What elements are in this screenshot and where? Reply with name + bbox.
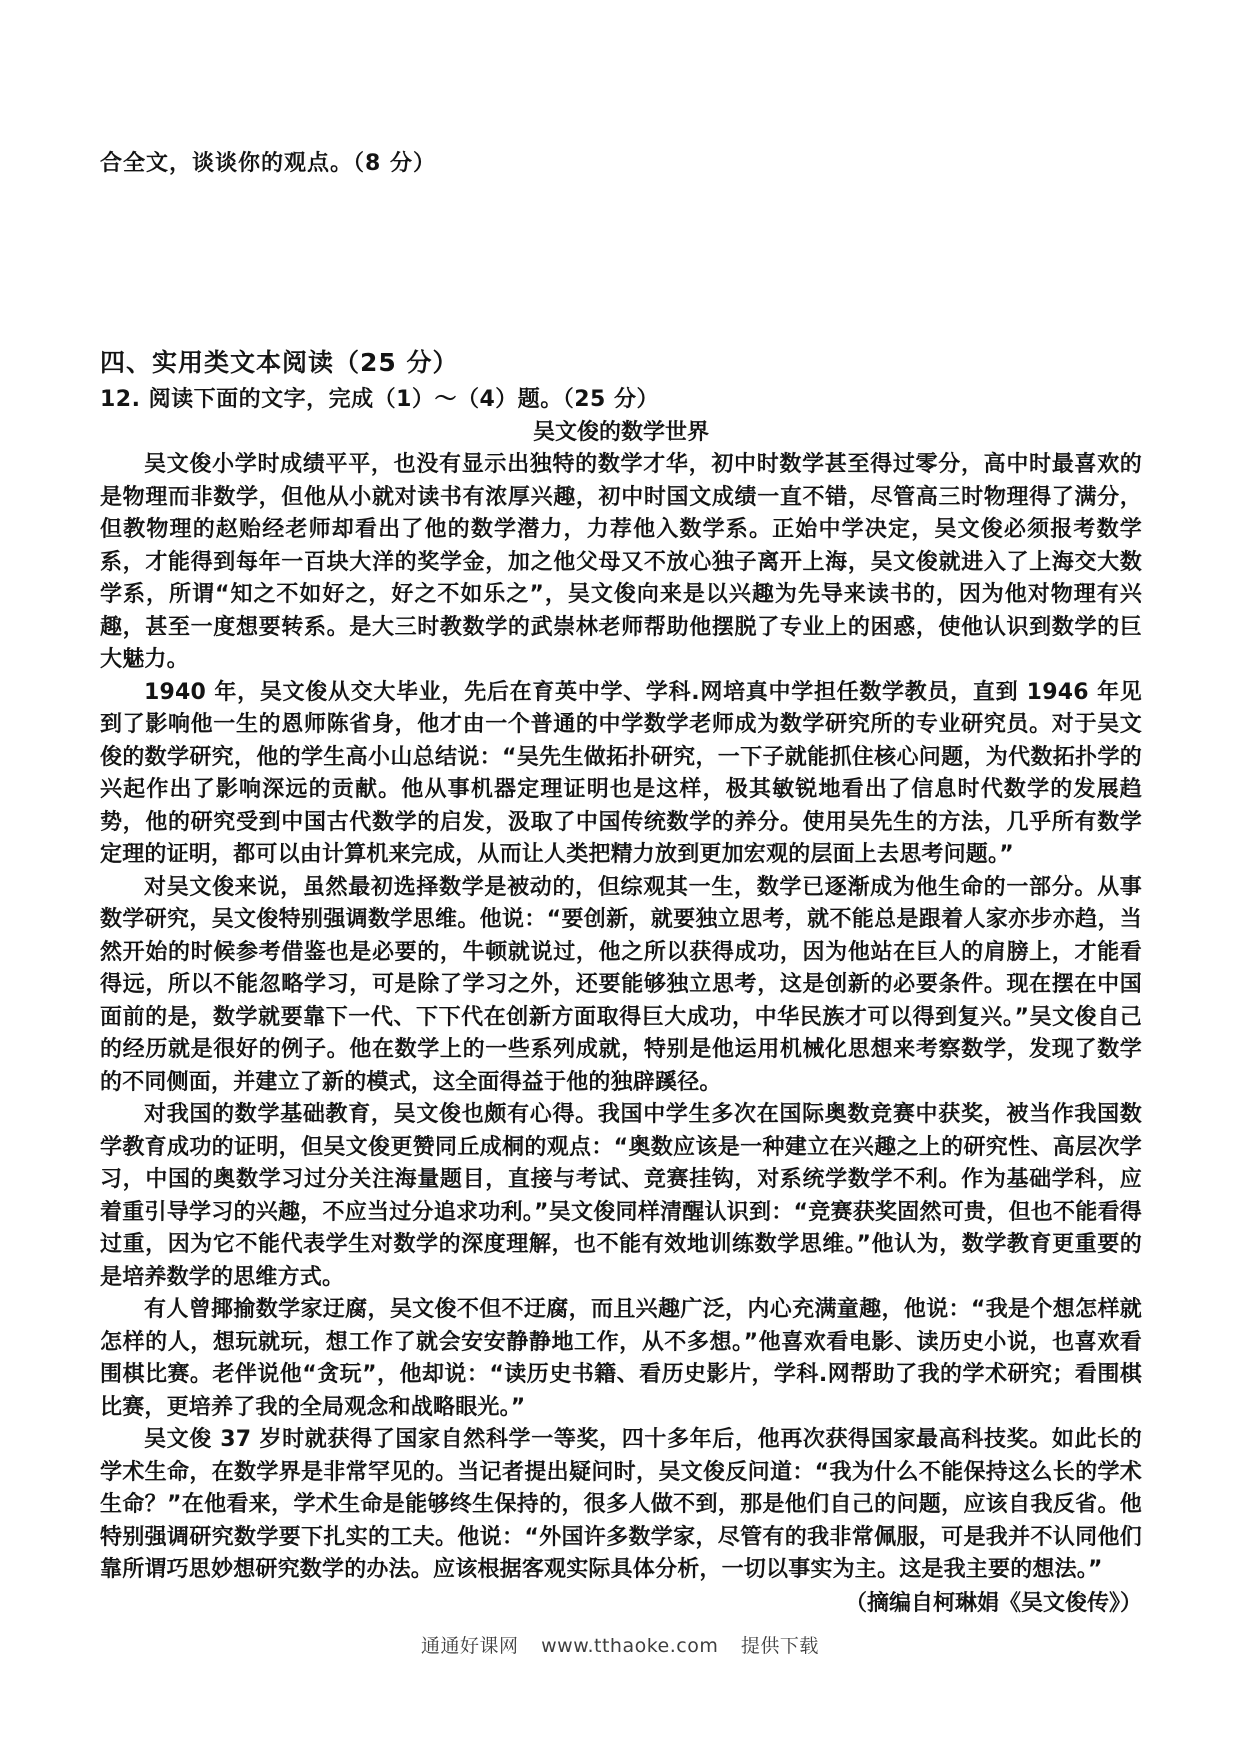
passage-paragraph-2: 1940 年，吴文俊从交大毕业，先后在育英中学、学科.网培真中学担任数学教员，直… <box>100 677 1142 872</box>
reading-passage: 吴文俊的数学世界 吴文俊小学时成绩平平，也没有显示出独特的数学才华，初中时数学甚… <box>100 416 1142 1620</box>
passage-paragraph-5: 有人曾揶揄数学家迂腐，吴文俊不但不迂腐，而且兴趣广泛，内心充满童趣，他说：“我是… <box>100 1294 1142 1424</box>
question-intro: 12. 阅读下面的文字，完成（1）～（4）题。（25 分） <box>100 382 659 413</box>
footer-suffix: 提供下载 <box>741 1635 819 1657</box>
passage-paragraph-3: 对吴文俊来说，虽然最初选择数学是被动的，但综观其一生，数学已逐渐成为他生命的一部… <box>100 872 1142 1100</box>
document-page: 合全文，谈谈你的观点。（8 分） 四、实用类文本阅读（25 分） 12. 阅读下… <box>0 0 1240 1754</box>
passage-title: 吴文俊的数学世界 <box>100 416 1142 449</box>
previous-question-tail: 合全文，谈谈你的观点。（8 分） <box>100 146 436 177</box>
footer-url: www.tthaoke.com <box>541 1635 718 1657</box>
passage-paragraph-1: 吴文俊小学时成绩平平，也没有显示出独特的数学才华，初中时数学甚至得过零分，高中时… <box>100 449 1142 677</box>
page-footer: 通通好课网 www.tthaoke.com 提供下载 <box>0 1631 1240 1658</box>
passage-paragraph-4: 对我国的数学基础教育，吴文俊也颇有心得。我国中学生多次在国际奥数竞赛中获奖，被当… <box>100 1099 1142 1294</box>
passage-attribution: （摘编自柯琳娟《吴文俊传》） <box>100 1587 1142 1620</box>
passage-paragraph-6: 吴文俊 37 岁时就获得了国家自然科学一等奖，四十多年后，他再次获得国家最高科技… <box>100 1424 1142 1587</box>
section-heading: 四、实用类文本阅读（25 分） <box>100 343 459 379</box>
footer-site-name: 通通好课网 <box>421 1635 519 1657</box>
